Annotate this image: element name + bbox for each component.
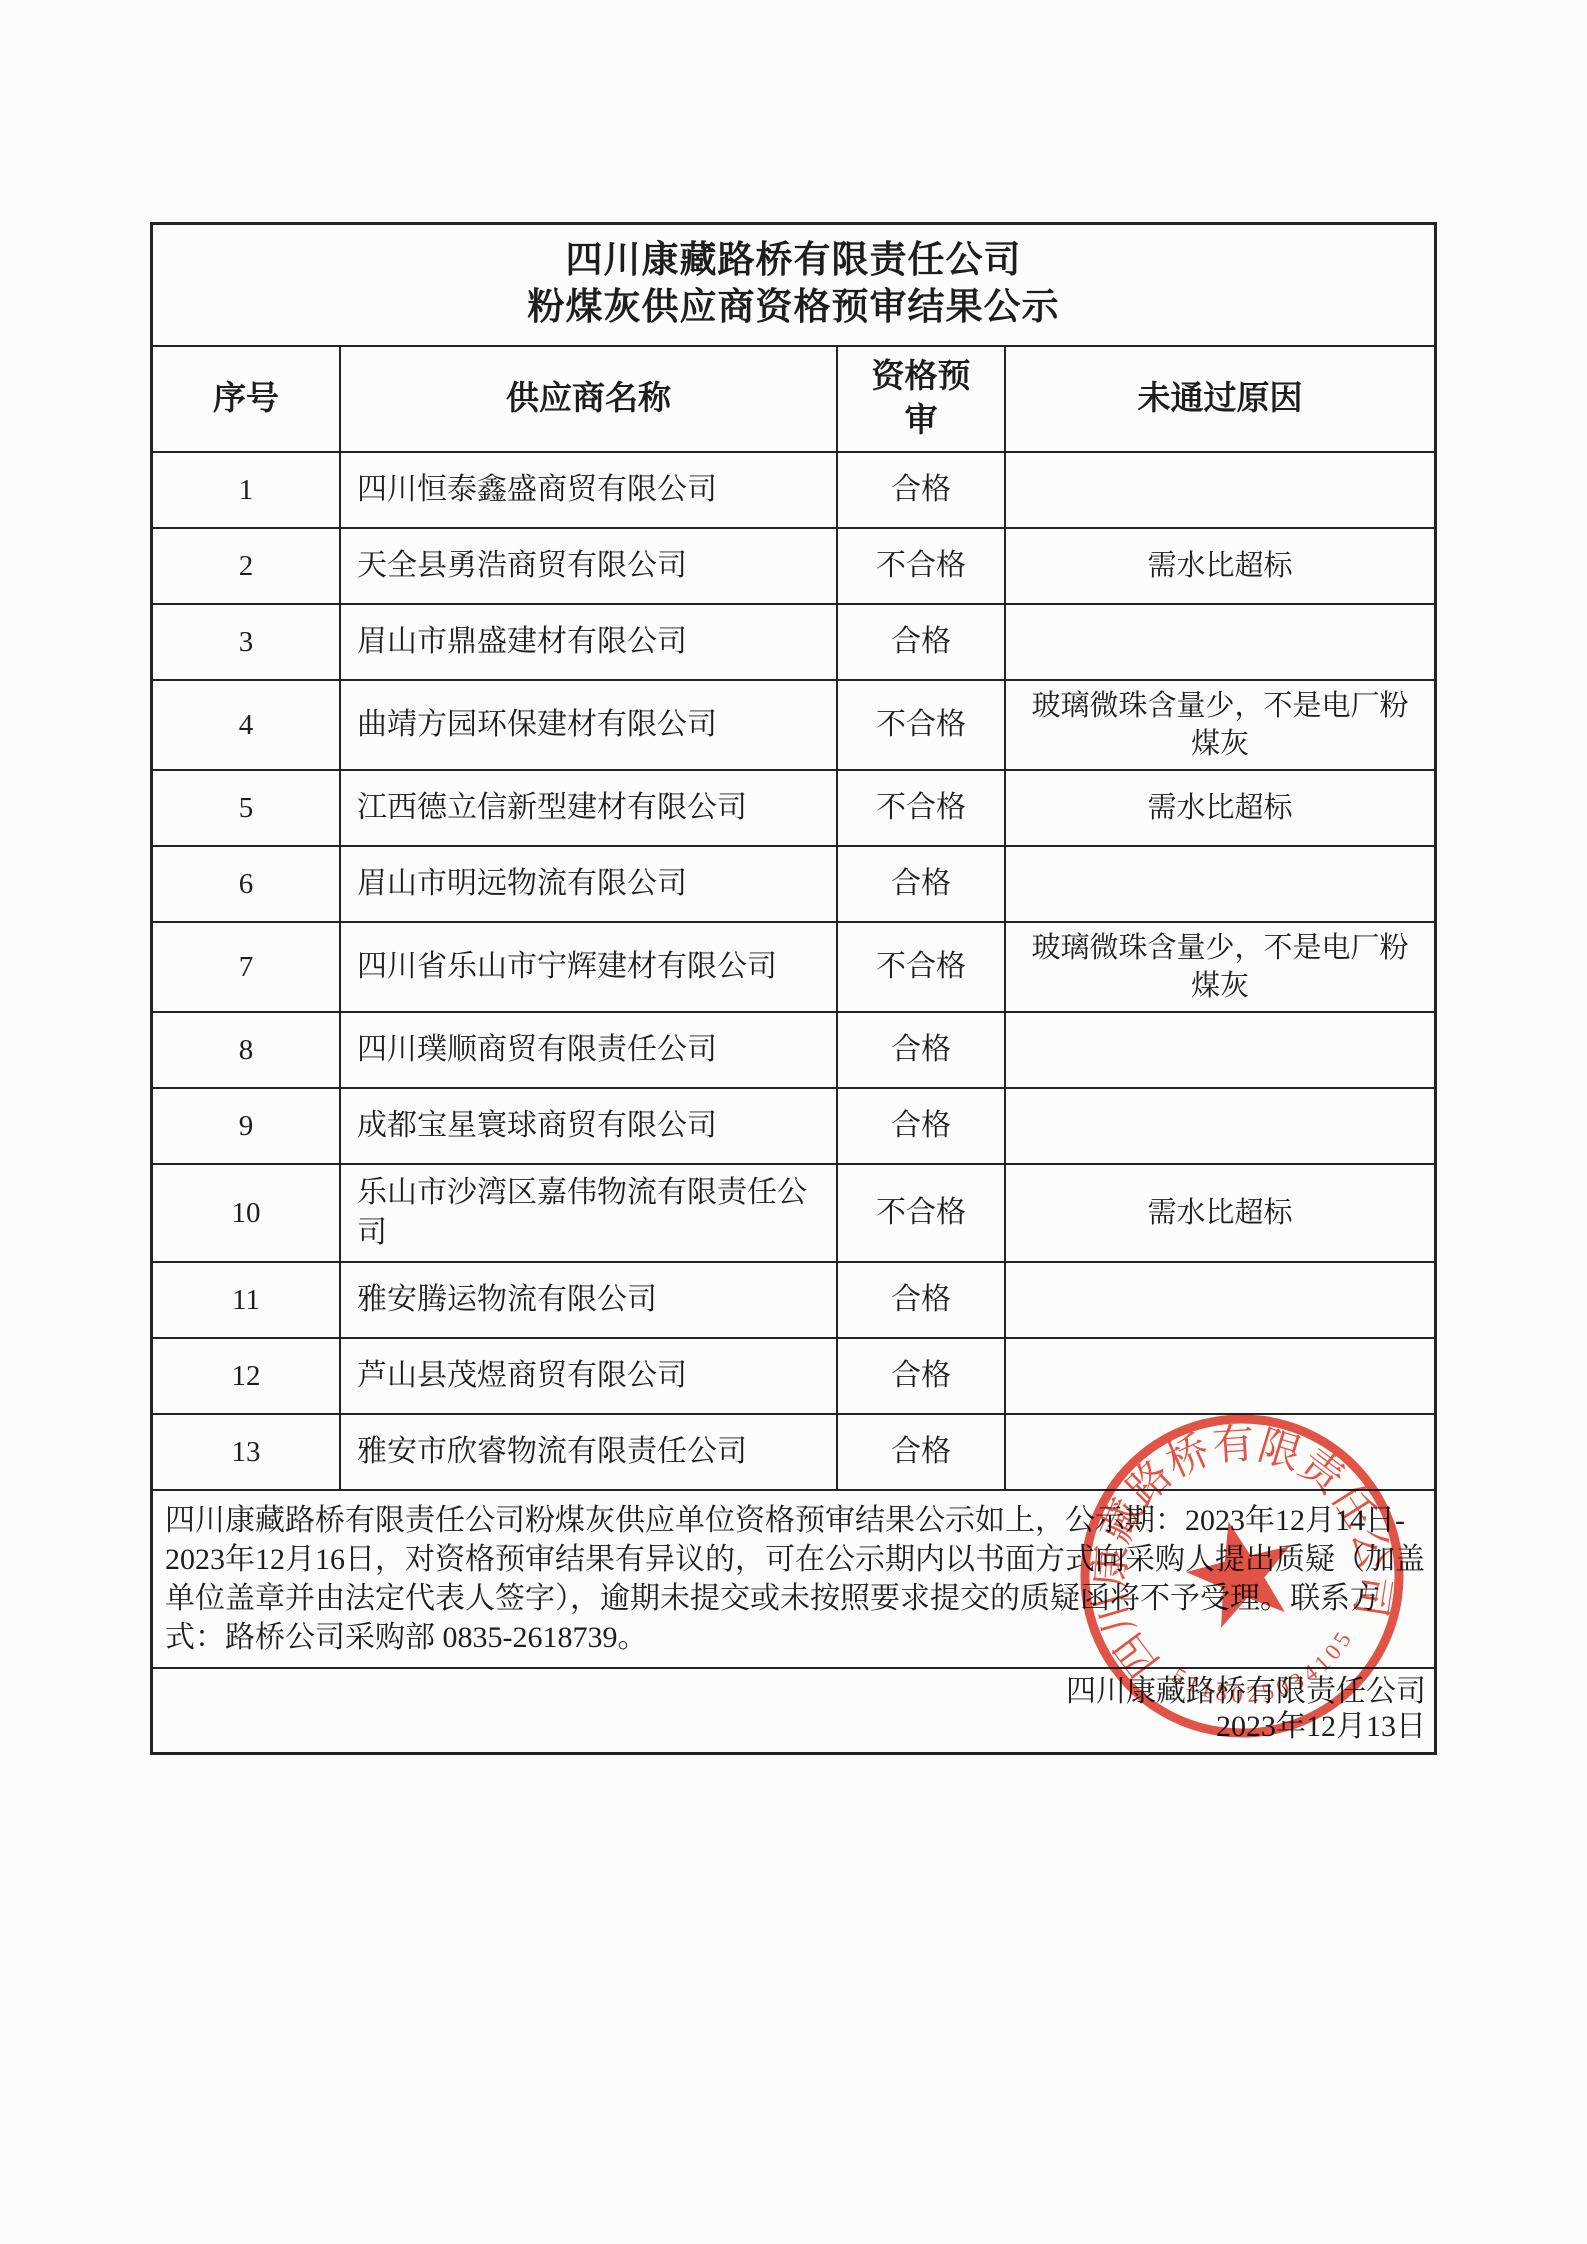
table-body: 1 四川恒泰鑫盛商贸有限公司 合格 2 天全县勇浩商贸有限公司 不合格 需水比超… bbox=[153, 451, 1434, 1489]
supplier-name-cell: 雅安腾运物流有限公司 bbox=[339, 1263, 836, 1337]
prequalification-result-cell: 不合格 bbox=[836, 923, 1004, 1011]
fail-reason-cell: 需水比超标 bbox=[1004, 1165, 1434, 1261]
signature-block: 四川康藏路桥有限责任公司 2023年12月13日 bbox=[153, 1667, 1434, 1752]
row-index-cell: 5 bbox=[153, 771, 339, 845]
table-row: 7 四川省乐山市宁辉建材有限公司 不合格 玻璃微珠含量少，不是电厂粉煤灰 bbox=[153, 921, 1434, 1011]
table-row: 11 雅安腾运物流有限公司 合格 bbox=[153, 1261, 1434, 1337]
table-row: 4 曲靖方园环保建材有限公司 不合格 玻璃微珠含量少，不是电厂粉煤灰 bbox=[153, 679, 1434, 769]
table-row: 10 乐山市沙湾区嘉伟物流有限责任公司 不合格 需水比超标 bbox=[153, 1163, 1434, 1261]
supplier-name-cell: 四川恒泰鑫盛商贸有限公司 bbox=[339, 453, 836, 527]
header-cell-index: 序号 bbox=[153, 347, 339, 451]
table-row: 12 芦山县茂煜商贸有限公司 合格 bbox=[153, 1337, 1434, 1413]
header-cell-fail-reason: 未通过原因 bbox=[1004, 347, 1434, 451]
signature-company: 四川康藏路桥有限责任公司 bbox=[161, 1674, 1426, 1709]
notice-paragraph: 四川康藏路桥有限责任公司粉煤灰供应单位资格预审结果公示如上，公示期：2023年1… bbox=[153, 1489, 1434, 1667]
supplier-name-cell: 曲靖方园环保建材有限公司 bbox=[339, 681, 836, 769]
prequalification-result-cell: 合格 bbox=[836, 453, 1004, 527]
notice-table: 四川康藏路桥有限责任公司 粉煤灰供应商资格预审结果公示 序号 供应商名称 资格预… bbox=[150, 222, 1437, 1755]
supplier-name-cell: 成都宝星寰球商贸有限公司 bbox=[339, 1089, 836, 1163]
table-row: 13 雅安市欣睿物流有限责任公司 合格 bbox=[153, 1413, 1434, 1489]
title-line-company: 四川康藏路桥有限责任公司 bbox=[153, 237, 1434, 284]
row-index-cell: 4 bbox=[153, 681, 339, 769]
fail-reason-cell bbox=[1004, 1263, 1434, 1337]
prequalification-result-cell: 不合格 bbox=[836, 1165, 1004, 1261]
prequalification-result-cell: 合格 bbox=[836, 605, 1004, 679]
title-line-subject: 粉煤灰供应商资格预审结果公示 bbox=[153, 284, 1434, 331]
prequalification-result-cell: 合格 bbox=[836, 1089, 1004, 1163]
prequalification-result-cell: 合格 bbox=[836, 1339, 1004, 1413]
row-index-cell: 1 bbox=[153, 453, 339, 527]
fail-reason-cell: 玻璃微珠含量少，不是电厂粉煤灰 bbox=[1004, 681, 1434, 769]
prequalification-result-cell: 合格 bbox=[836, 1013, 1004, 1087]
fail-reason-cell bbox=[1004, 1013, 1434, 1087]
supplier-name-cell: 江西德立信新型建材有限公司 bbox=[339, 771, 836, 845]
table-row: 8 四川璞顺商贸有限责任公司 合格 bbox=[153, 1011, 1434, 1087]
supplier-name-cell: 乐山市沙湾区嘉伟物流有限责任公司 bbox=[339, 1165, 836, 1261]
prequalification-result-cell: 合格 bbox=[836, 1263, 1004, 1337]
fail-reason-cell bbox=[1004, 453, 1434, 527]
scanned-page: 四川康藏路桥有限责任公司 粉煤灰供应商资格预审结果公示 序号 供应商名称 资格预… bbox=[0, 0, 1587, 2244]
supplier-name-cell: 四川省乐山市宁辉建材有限公司 bbox=[339, 923, 836, 1011]
prequalification-result-cell: 不合格 bbox=[836, 771, 1004, 845]
prequalification-result-cell: 不合格 bbox=[836, 529, 1004, 603]
row-index-cell: 12 bbox=[153, 1339, 339, 1413]
table-row: 1 四川恒泰鑫盛商贸有限公司 合格 bbox=[153, 451, 1434, 527]
supplier-name-cell: 雅安市欣睿物流有限责任公司 bbox=[339, 1415, 836, 1489]
document-title: 四川康藏路桥有限责任公司 粉煤灰供应商资格预审结果公示 bbox=[153, 225, 1434, 345]
notice-line: 2023年12月16日，对资格预审结果有异议的，可在公示期内以书面方式向采购人提… bbox=[165, 1540, 1424, 1579]
row-index-cell: 13 bbox=[153, 1415, 339, 1489]
row-index-cell: 7 bbox=[153, 923, 339, 1011]
fail-reason-cell: 玻璃微珠含量少，不是电厂粉煤灰 bbox=[1004, 923, 1434, 1011]
notice-line: 四川康藏路桥有限责任公司粉煤灰供应单位资格预审结果公示如上，公示期：2023年1… bbox=[165, 1501, 1424, 1540]
notice-line: 式：路桥公司采购部 0835-2618739。 bbox=[165, 1618, 1424, 1657]
header-cell-prequalification: 资格预审 bbox=[836, 347, 1004, 451]
supplier-name-cell: 眉山市鼎盛建材有限公司 bbox=[339, 605, 836, 679]
supplier-name-cell: 天全县勇浩商贸有限公司 bbox=[339, 529, 836, 603]
supplier-name-cell: 四川璞顺商贸有限责任公司 bbox=[339, 1013, 836, 1087]
fail-reason-cell bbox=[1004, 1339, 1434, 1413]
table-header-row: 序号 供应商名称 资格预审 未通过原因 bbox=[153, 345, 1434, 451]
notice-line: 单位盖章并由法定代表人签字），逾期未提交或未按照要求提交的质疑函将不予受理。联系… bbox=[165, 1579, 1424, 1618]
row-index-cell: 8 bbox=[153, 1013, 339, 1087]
fail-reason-cell: 需水比超标 bbox=[1004, 529, 1434, 603]
fail-reason-cell bbox=[1004, 1089, 1434, 1163]
fail-reason-cell bbox=[1004, 605, 1434, 679]
signature-date: 2023年12月13日 bbox=[161, 1709, 1426, 1744]
prequalification-result-cell: 不合格 bbox=[836, 681, 1004, 769]
table-row: 3 眉山市鼎盛建材有限公司 合格 bbox=[153, 603, 1434, 679]
supplier-name-cell: 芦山县茂煜商贸有限公司 bbox=[339, 1339, 836, 1413]
fail-reason-cell bbox=[1004, 847, 1434, 921]
fail-reason-cell bbox=[1004, 1415, 1434, 1489]
row-index-cell: 2 bbox=[153, 529, 339, 603]
row-index-cell: 3 bbox=[153, 605, 339, 679]
row-index-cell: 6 bbox=[153, 847, 339, 921]
table-row: 5 江西德立信新型建材有限公司 不合格 需水比超标 bbox=[153, 769, 1434, 845]
table-row: 6 眉山市明远物流有限公司 合格 bbox=[153, 845, 1434, 921]
header-cell-supplier: 供应商名称 bbox=[339, 347, 836, 451]
table-row: 2 天全县勇浩商贸有限公司 不合格 需水比超标 bbox=[153, 527, 1434, 603]
row-index-cell: 11 bbox=[153, 1263, 339, 1337]
table-row: 9 成都宝星寰球商贸有限公司 合格 bbox=[153, 1087, 1434, 1163]
prequalification-result-cell: 合格 bbox=[836, 1415, 1004, 1489]
fail-reason-cell: 需水比超标 bbox=[1004, 771, 1434, 845]
prequalification-result-cell: 合格 bbox=[836, 847, 1004, 921]
supplier-name-cell: 眉山市明远物流有限公司 bbox=[339, 847, 836, 921]
row-index-cell: 9 bbox=[153, 1089, 339, 1163]
row-index-cell: 10 bbox=[153, 1165, 339, 1261]
